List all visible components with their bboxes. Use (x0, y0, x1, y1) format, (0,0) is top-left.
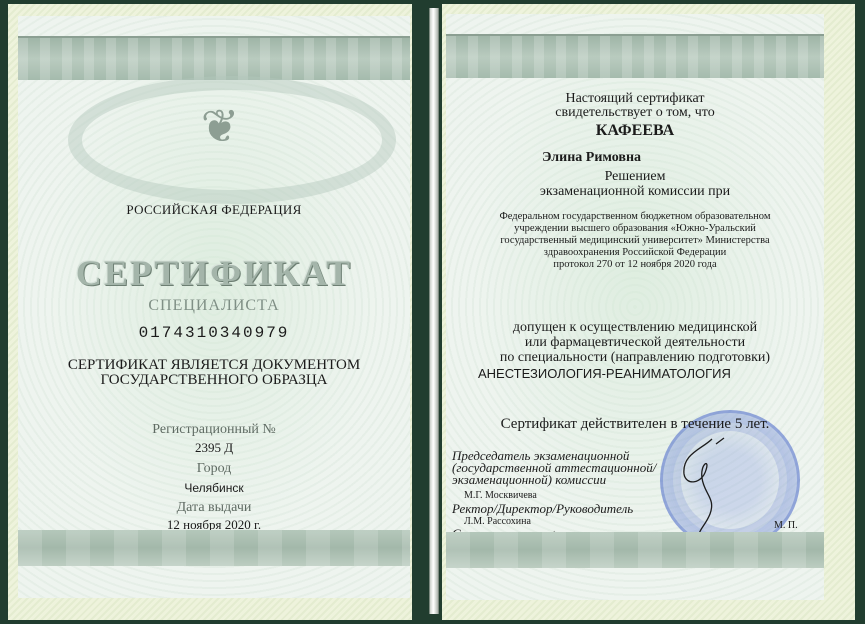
certificate-number: 0174310340979 (18, 324, 410, 342)
organization-line: Федеральном государственном бюджетном об… (446, 211, 824, 223)
decision-text: Решением экзаменационной комиссии при (446, 169, 824, 199)
certificate-subtitle: СПЕЦИАЛИСТА (18, 297, 410, 315)
issue-date-label: Дата выдачи (18, 500, 410, 516)
organization-line: государственный медицинский университет»… (446, 235, 824, 247)
seal-label: М. П. (774, 520, 798, 531)
admission-text: допущен к осуществлению медицинской или … (446, 320, 824, 365)
organization-line: учреждении высшего образования «Южно-Ура… (446, 223, 824, 235)
chairman-title: Председатель экзаменационной (государств… (452, 450, 656, 486)
holder-surname: КАФЕЕВА (446, 122, 824, 140)
document-note-line: ГОСУДАРСТВЕННОГО ОБРАЗЦА (18, 373, 410, 388)
admission-line: по специальности (направлению подготовки… (446, 350, 824, 365)
city-label: Город (18, 461, 410, 477)
coat-of-arms-icon: ❦ (194, 96, 246, 158)
decorative-band-top (446, 34, 824, 78)
right-page: Настоящий сертификат свидетельствует о т… (446, 14, 824, 600)
holder-given-names: Элина Римовна (542, 150, 824, 166)
chairman-title-line: экзаменационной) комиссии (452, 474, 656, 486)
intro-line: свидетельствует о том, что (446, 106, 824, 120)
decorative-band-top (18, 36, 410, 80)
country-name: РОССИЙСКАЯ ФЕДЕРАЦИЯ (18, 202, 410, 218)
decision-line: экзаменационной комиссии при (446, 184, 824, 199)
organization-line: здравоохранения Российской Федерации (446, 247, 824, 259)
book-spine (429, 8, 439, 614)
document-note-line: СЕРТИФИКАТ ЯВЛЯЕТСЯ ДОКУМЕНТОМ (18, 358, 410, 373)
rector-title: Ректор/Директор/Руководитель (452, 503, 633, 515)
city-value: Челябинск (18, 481, 410, 495)
registration-label: Регистрационный № (18, 422, 410, 438)
organization-line: протокол 270 от 12 ноября 2020 года (446, 259, 824, 271)
decorative-band-bottom (18, 530, 410, 566)
certificate-title: СЕРТИФИКАТ (18, 252, 410, 294)
decorative-band-bottom (446, 532, 824, 568)
specialty: АНЕСТЕЗИОЛОГИЯ-РЕАНИМАТОЛОГИЯ (478, 366, 824, 381)
left-page: ❦ РОССИЙСКАЯ ФЕДЕРАЦИЯ СЕРТИФИКАТ СПЕЦИА… (18, 16, 410, 598)
organization-text: Федеральном государственном бюджетном об… (446, 211, 824, 271)
intro-line: Настоящий сертификат (446, 92, 824, 106)
registration-value: 2395 Д (18, 440, 410, 456)
validity-text: Сертификат действителен в течение 5 лет. (446, 416, 824, 433)
intro-text: Настоящий сертификат свидетельствует о т… (446, 92, 824, 120)
admission-line: допущен к осуществлению медицинской (446, 320, 824, 335)
decision-line: Решением (446, 169, 824, 184)
document-note: СЕРТИФИКАТ ЯВЛЯЕТСЯ ДОКУМЕНТОМ ГОСУДАРСТ… (18, 358, 410, 388)
admission-line: или фармацевтической деятельности (446, 335, 824, 350)
chairman-name: М.Г. Москвичева (464, 490, 537, 501)
